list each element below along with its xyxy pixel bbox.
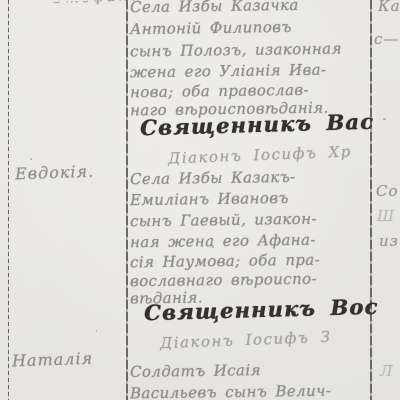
- record-line: сынъ Полозъ, изаконная: [130, 39, 342, 62]
- name-entry: Евдокія.: [15, 162, 95, 184]
- record-line: Антоній Филиповъ: [130, 17, 292, 39]
- ink-speckle: [96, 330, 97, 332]
- record-line: сынъ Гаевый, изакон-: [130, 209, 317, 232]
- name-entry: Наталія: [12, 349, 94, 371]
- right-column-rule: [370, 0, 372, 400]
- column-fragment: Ка: [378, 0, 400, 15]
- record-line: Васильевъ сынъ Велич-: [130, 381, 332, 400]
- column-fragment: с—: [374, 30, 399, 48]
- name-text: Евдокія.: [15, 162, 95, 184]
- register-scan-page: Стефанида Евдокія. Наталія Села Избы Каз…: [0, 0, 400, 400]
- record-line: ная жена его Афана-: [130, 230, 316, 253]
- column-fragment: Со: [376, 182, 399, 200]
- right-column: Ка с— Со Ш из Л: [374, 0, 400, 400]
- record-line: Села Избы Казакъ-: [130, 167, 296, 189]
- ink-speckle: [30, 158, 32, 160]
- names-column: Стефанида Евдокія. Наталія: [10, 0, 125, 400]
- names-column-rule: [126, 0, 128, 400]
- deacon-signature: Діаконъ Іосифъ З: [160, 328, 332, 353]
- column-fragment: Л: [380, 362, 394, 380]
- ink-speckle: [300, 70, 302, 71]
- priest-signature: Священникъ Вос: [144, 294, 379, 326]
- deacon-signature: Діаконъ Іосифъ Хр: [168, 142, 352, 167]
- record-line: Емиліанъ Ивановъ: [130, 188, 289, 210]
- column-fragment: Ш: [377, 207, 395, 225]
- record-column: Села Избы Казачка Антоній Филиповъ сынъ …: [130, 0, 370, 400]
- name-text: Наталія: [12, 349, 94, 371]
- ink-speckle: [383, 118, 386, 120]
- record-line: Села Избы Казачка: [130, 0, 299, 17]
- priest-signature: Священникъ Вас: [140, 109, 375, 141]
- margin-rule: [8, 0, 9, 400]
- record-line: Солдатъ Исаія: [130, 360, 261, 382]
- column-fragment: из: [379, 232, 399, 250]
- ink-speckle: [212, 246, 214, 248]
